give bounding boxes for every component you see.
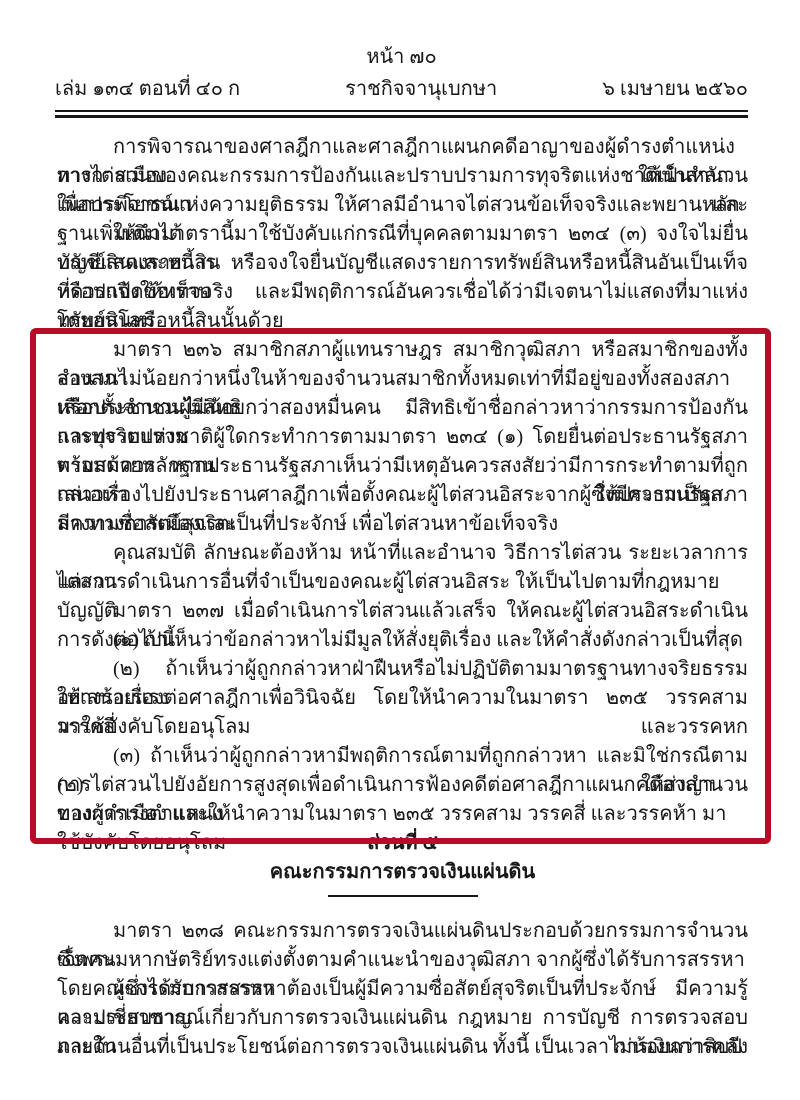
para-inquiry-panel-qualifications: คุณสมบัติ ลักษณะต้องห้าม หน้าที่และอำนาจ… [57,539,748,597]
text-line: มาตรา ๒๓๖ สมาชิกสภาผู้แทนราษฎร สมาชิกวุฒ… [57,336,748,365]
header-row: เล่ม ๑๓๔ ตอนที่ ๔๐ ก ราชกิจจานุเบกษา ๖ เ… [55,76,748,102]
gazette-header: หน้า ๗๐ เล่ม ๑๓๔ ตอนที่ ๔๐ ก ราชกิจจานุเ… [55,44,748,118]
page-number-label: หน้า ๗๐ [55,44,748,70]
text-line: มีความซื่อสัตย์สุจริตเป็นที่ประจักษ์ เพื… [57,510,748,539]
text-line: (๑) ถ้าเห็นว่าข้อกล่าวหาไม่มีมูลให้สั่งย… [57,626,748,655]
text-line: ตามสมควร หากประธานรัฐสภาเห็นว่ามีเหตุอัน… [57,452,748,481]
text-line: การพิจารณาของศาลฎีกาและศาลฎีกาแผนกคดีอาญ… [57,133,748,162]
text-line: ทางการเมือง และให้นำความในมาตรา ๒๓๕ วรรค… [57,800,748,829]
text-line: การไต่สวนของคณะกรรมการป้องกันและปราบปราม… [57,162,748,191]
para-section-237-item-3: (๓) ถ้าเห็นว่าผู้ถูกกล่าวหามีพฤติการณ์ตา… [57,742,748,829]
date-label: ๖ เมษายน ๒๕๖๐ [602,76,748,102]
document-body: การพิจารณาของศาลฎีกาและศาลฎีกาแผนกคดีอาญ… [57,133,748,1062]
para-section-238: มาตรา ๒๓๘ คณะกรรมการตรวจเงินแผ่นดินประกอ… [57,917,748,975]
text-line: ผู้ซึ่งได้รับการสรรหาต้องเป็นผู้มีความซื… [57,975,748,1004]
text-line: ให้นำมาตรานี้มาใช้บังคับแก่กรณีที่บุคคลต… [57,220,748,249]
para-section-237-item-1: (๑) ถ้าเห็นว่าข้อกล่าวหาไม่มีมูลให้สั่งย… [57,626,748,655]
text-line: เลือกตั้งจำนวนไม่น้อยกว่าสองหมื่นคน มีสิ… [57,394,748,423]
para-court-consideration: การพิจารณาของศาลฎีกาและศาลฎีกาแผนกคดีอาญ… [57,133,748,220]
text-line: และด้านอื่นที่เป็นประโยชน์ต่อการตรวจเงิน… [57,1033,748,1062]
para-section-237-item-2: (๒) ถ้าเห็นว่าผู้ถูกกล่าวหาฝ่าฝืนหรือไม่… [57,655,748,742]
gazette-page: หน้า ๗๐ เล่ม ๑๓๔ ตอนที่ ๔๐ ก ราชกิจจานุเ… [0,0,800,1100]
para-selection-qualifications: ผู้ซึ่งได้รับการสรรหาต้องเป็นผู้มีความซื… [57,975,748,1062]
text-line: เพื่อประโยชน์แห่งความยุติธรรม ให้ศาลมีอำ… [57,191,748,220]
text-line: ทรัพย์สินและหนี้สิน หรือจงใจยื่นบัญชีแสด… [57,249,748,278]
text-line: (๒) ถ้าเห็นว่าผู้ถูกกล่าวหาฝ่าฝืนหรือไม่… [57,655,748,684]
header-rule [55,110,748,118]
para-asset-declaration: ให้นำมาตรานี้มาใช้บังคับแก่กรณีที่บุคคลต… [57,220,748,336]
para-section-236: มาตรา ๒๓๖ สมาชิกสภาผู้แทนราษฎร สมาชิกวุฒ… [57,336,748,539]
text-line: ที่ควรแจ้งให้ทราบ และมีพฤติการณ์อันควรเช… [57,278,748,307]
text-line: มาตรา ๒๓๗ เมื่อดำเนินการไต่สวนแล้วเสร็จ … [57,597,748,626]
section-divider [328,895,478,897]
text-line: มาตรา ๒๓๘ คณะกรรมการตรวจเงินแผ่นดินประกอ… [57,917,748,946]
text-line: และการดำเนินการอื่นที่จำเป็นของคณะผู้ไต่… [57,568,748,597]
text-line: เสนอเรื่องไปยังประธานศาลฎีกาเพื่อตั้งคณะ… [57,481,748,510]
text-line: การไต่สวนไปยังอัยการสูงสุดเพื่อดำเนินการ… [57,771,748,800]
text-line: ซึ่งพระมหากษัตริย์ทรงแต่งตั้งตามคำแนะนำข… [57,946,748,975]
text-line: และประสบการณ์เกี่ยวกับการตรวจเงินแผ่นดิน… [57,1004,748,1033]
state-audit-commission-heading: คณะกรรมการตรวจเงินแผ่นดิน [57,858,748,887]
text-line: ให้เสนอเรื่องต่อศาลฎีกาเพื่อวินิจฉัย โดย… [57,684,748,713]
text-line: คุณสมบัติ ลักษณะต้องห้าม หน้าที่และอำนาจ… [57,539,748,568]
gazette-name-label: ราชกิจจานุเบกษา [345,76,497,102]
volume-issue-label: เล่ม ๑๓๔ ตอนที่ ๔๐ ก [55,76,240,102]
para-section-237-intro: มาตรา ๒๓๗ เมื่อดำเนินการไต่สวนแล้วเสร็จ … [57,597,748,626]
text-line: การทุจริตแห่งชาติผู้ใดกระทำการตามมาตรา ๒… [57,423,748,452]
text-line: จำนวนไม่น้อยกว่าหนึ่งในห้าของจำนวนสมาชิก… [57,365,748,394]
text-line: (๓) ถ้าเห็นว่าผู้ถูกกล่าวหามีพฤติการณ์ตา… [57,742,748,771]
